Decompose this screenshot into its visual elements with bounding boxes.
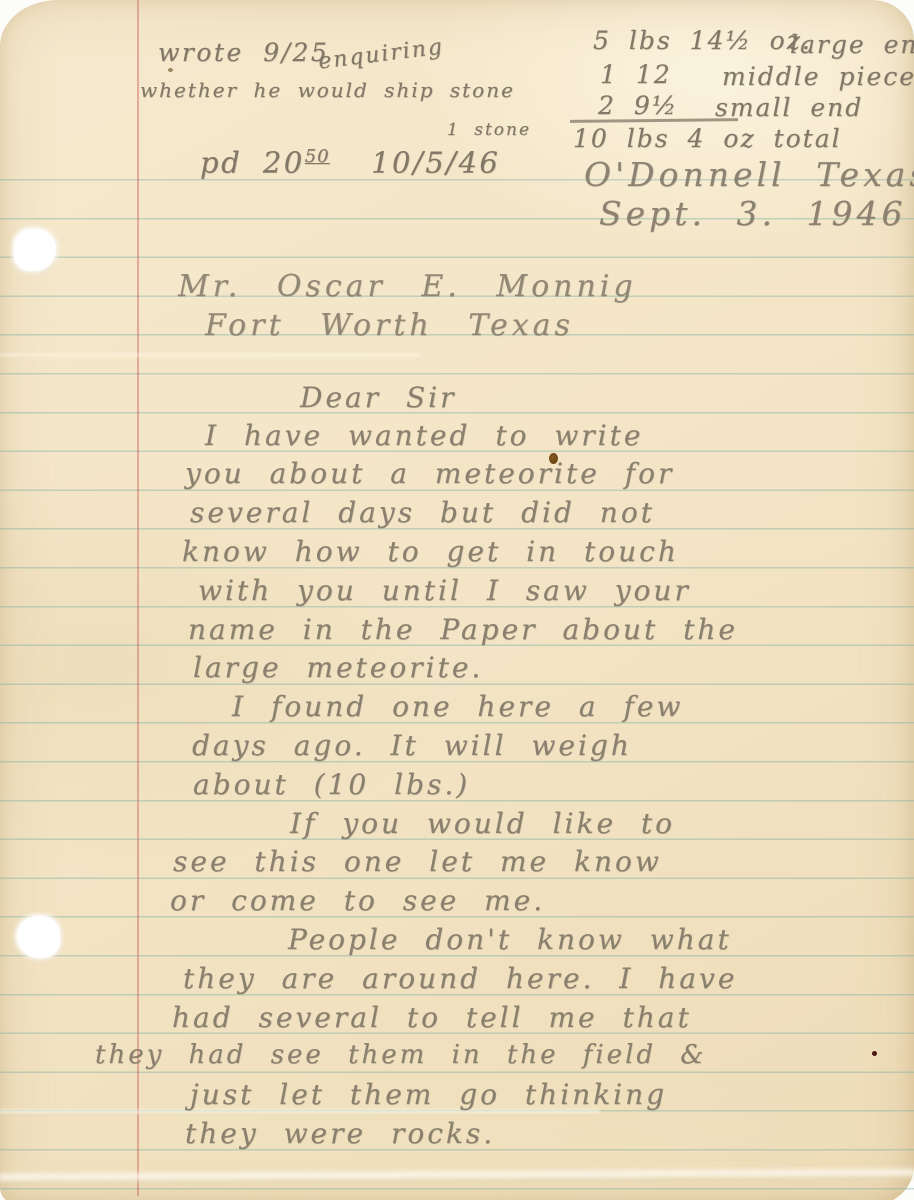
letter-line: they are around here. I have <box>183 965 737 993</box>
letter-line: know how to get in touch <box>182 538 679 566</box>
letter-place: O'Donnell Texas <box>584 158 914 191</box>
salutation: Dear Sir <box>300 384 457 412</box>
letter-line: they had see them in the field & <box>95 1042 706 1068</box>
weight-row-label: small end <box>715 95 863 120</box>
paper-stain <box>168 68 173 72</box>
paid-date: 10/5/46 <box>371 146 500 180</box>
weight-row-amount: 2 9½ <box>598 93 678 118</box>
tally-sum-line <box>570 118 738 122</box>
letter-line: they were rocks. <box>185 1120 495 1148</box>
annotation-enquiring-note: enquiring <box>317 36 445 73</box>
annotation-wrote-note: wrote 9/25 <box>158 40 329 65</box>
paper-stain <box>872 1051 877 1056</box>
letter-line: several days but did not <box>190 499 655 527</box>
letter-line: with you until I saw your <box>198 577 691 605</box>
letter-line: name in the Paper about the <box>188 616 738 644</box>
letter-line: just let them go thinking <box>190 1081 667 1109</box>
annotation-stone-note: 1 stone <box>447 122 531 139</box>
letter-line: If you would like to <box>290 810 675 838</box>
weight-total: 10 lbs 4 oz total <box>573 126 842 151</box>
paper-sheet: wrote 9/25 enquiring whether he would sh… <box>0 0 914 1200</box>
weight-row-amount: 5 lbs 14½ oz. <box>593 28 812 53</box>
punch-hole-bottom <box>17 916 60 958</box>
letter-line: had several to tell me that <box>172 1004 692 1032</box>
margin-line <box>137 0 139 1196</box>
letter-line: large meteorite. <box>193 654 483 682</box>
recipient-city: Fort Worth Texas <box>205 311 574 341</box>
weight-row-label: large end <box>790 32 914 57</box>
paid-amount: pd 20 <box>200 146 305 180</box>
annotation-paid-note: pd 2050 10/5/46 <box>200 148 500 178</box>
letter-line: I have wanted to write <box>205 422 643 450</box>
letter-line: about (10 lbs.) <box>193 771 470 799</box>
annotation-ship-note: whether he would ship stone <box>140 80 515 100</box>
weight-row-label: middle piece <box>722 64 914 89</box>
recipient-name: Mr. Oscar E. Monnig <box>178 272 637 302</box>
letter-line: or come to see me. <box>170 887 545 915</box>
letter-line: see this one let me know <box>173 848 662 876</box>
letter-line: I found one here a few <box>232 693 683 721</box>
scanned-letter: { "colors": { "scan_background": "#fcfcf… <box>0 0 914 1200</box>
letter-line: People don't know what <box>288 926 732 954</box>
letter-line: you about a meteorite for <box>185 460 674 488</box>
letter-line: days ago. It will weigh <box>192 732 632 760</box>
weight-row-amount: 1 12 <box>600 62 672 87</box>
paid-cents: 50 <box>305 146 330 167</box>
letter-date: Sept. 3. 1946 <box>599 197 906 230</box>
